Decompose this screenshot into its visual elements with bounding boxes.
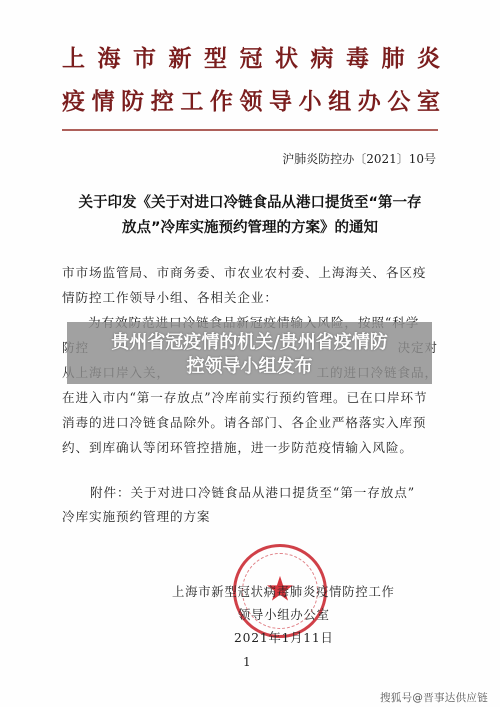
masthead-line-1: 上 海 市 新 型 冠 状 病 毒 肺 炎 bbox=[62, 45, 440, 73]
caption-overlay-line-1: 贵州省冠疫情的机关/贵州省疫情防 bbox=[67, 328, 432, 354]
page-number: 1 bbox=[243, 655, 251, 669]
masthead-char: 市 bbox=[133, 45, 156, 73]
recipients-line-1: 市市场监管局、市商务委、市农业农村委、上海海关、各区疫 bbox=[62, 262, 440, 281]
paragraph-line-5: 消毒的进口冷链食品除外。请各部门、各企业严格落实入库预 bbox=[62, 412, 440, 431]
source-watermark: 搜狐号@晋事达供应链 bbox=[380, 690, 488, 705]
masthead-char: 炎 bbox=[417, 45, 440, 73]
masthead-char: 上 bbox=[62, 45, 85, 73]
signature-org-line-1: 上海市新型冠状病毒肺炎疫情防控工作 bbox=[172, 582, 395, 600]
masthead-char: 作 bbox=[210, 88, 233, 116]
masthead-char: 冠 bbox=[240, 45, 263, 73]
masthead-char: 毒 bbox=[346, 45, 369, 73]
masthead-char: 病 bbox=[311, 45, 334, 73]
masthead-char: 新 bbox=[169, 45, 192, 73]
masthead-char: 室 bbox=[417, 88, 440, 116]
masthead-char: 领 bbox=[239, 88, 262, 116]
masthead-divider bbox=[62, 129, 438, 131]
masthead-char: 公 bbox=[387, 88, 410, 116]
masthead-char: 工 bbox=[180, 88, 203, 116]
masthead-char: 疫 bbox=[62, 88, 85, 116]
masthead-char: 肺 bbox=[382, 45, 405, 73]
masthead-char: 型 bbox=[204, 45, 227, 73]
masthead-char: 办 bbox=[358, 88, 381, 116]
paragraph-line-4: 在进入市内“第一存放点”冷库前实行预约管理。已在口岸环节 bbox=[62, 387, 440, 406]
paragraph-line-6: 约、到库确认等闭环管控措施，进一步防范疫情输入风险。 bbox=[62, 437, 440, 456]
masthead-char: 海 bbox=[98, 45, 121, 73]
document-page: 上 海 市 新 型 冠 状 病 毒 肺 炎 疫 情 防 控 工 作 领 导 小 … bbox=[0, 0, 500, 707]
masthead-char: 控 bbox=[151, 88, 174, 116]
signature-date: 2021年1月11日 bbox=[234, 628, 334, 646]
masthead-char: 状 bbox=[275, 45, 298, 73]
document-number: 沪肺炎防控办〔2021〕10号 bbox=[282, 150, 436, 167]
masthead-char: 导 bbox=[269, 88, 292, 116]
notice-title-line-2: 放点”冷库实施预约管理的方案》的通知 bbox=[58, 216, 442, 237]
attachment-line-2: 冷库实施预约管理的方案 bbox=[62, 506, 440, 525]
attachment-line-1: 附件：关于对进口冷链食品从港口提货至“第一存放点” bbox=[90, 482, 468, 501]
caption-overlay-line-2: 控领导小组发布 bbox=[67, 352, 432, 378]
masthead-char: 组 bbox=[328, 88, 351, 116]
recipients-line-2: 情防控工作领导小组、各相关企业： bbox=[62, 287, 440, 306]
masthead-line-2: 疫 情 防 控 工 作 领 导 小 组 办 公 室 bbox=[62, 88, 440, 116]
masthead-char: 小 bbox=[299, 88, 322, 116]
masthead-char: 情 bbox=[92, 88, 115, 116]
signature-org-line-2: 领导小组办公室 bbox=[238, 605, 330, 623]
masthead-char: 防 bbox=[121, 88, 144, 116]
notice-title-line-1: 关于印发《关于对进口冷链食品从港口提货至“第一存 bbox=[58, 191, 442, 212]
